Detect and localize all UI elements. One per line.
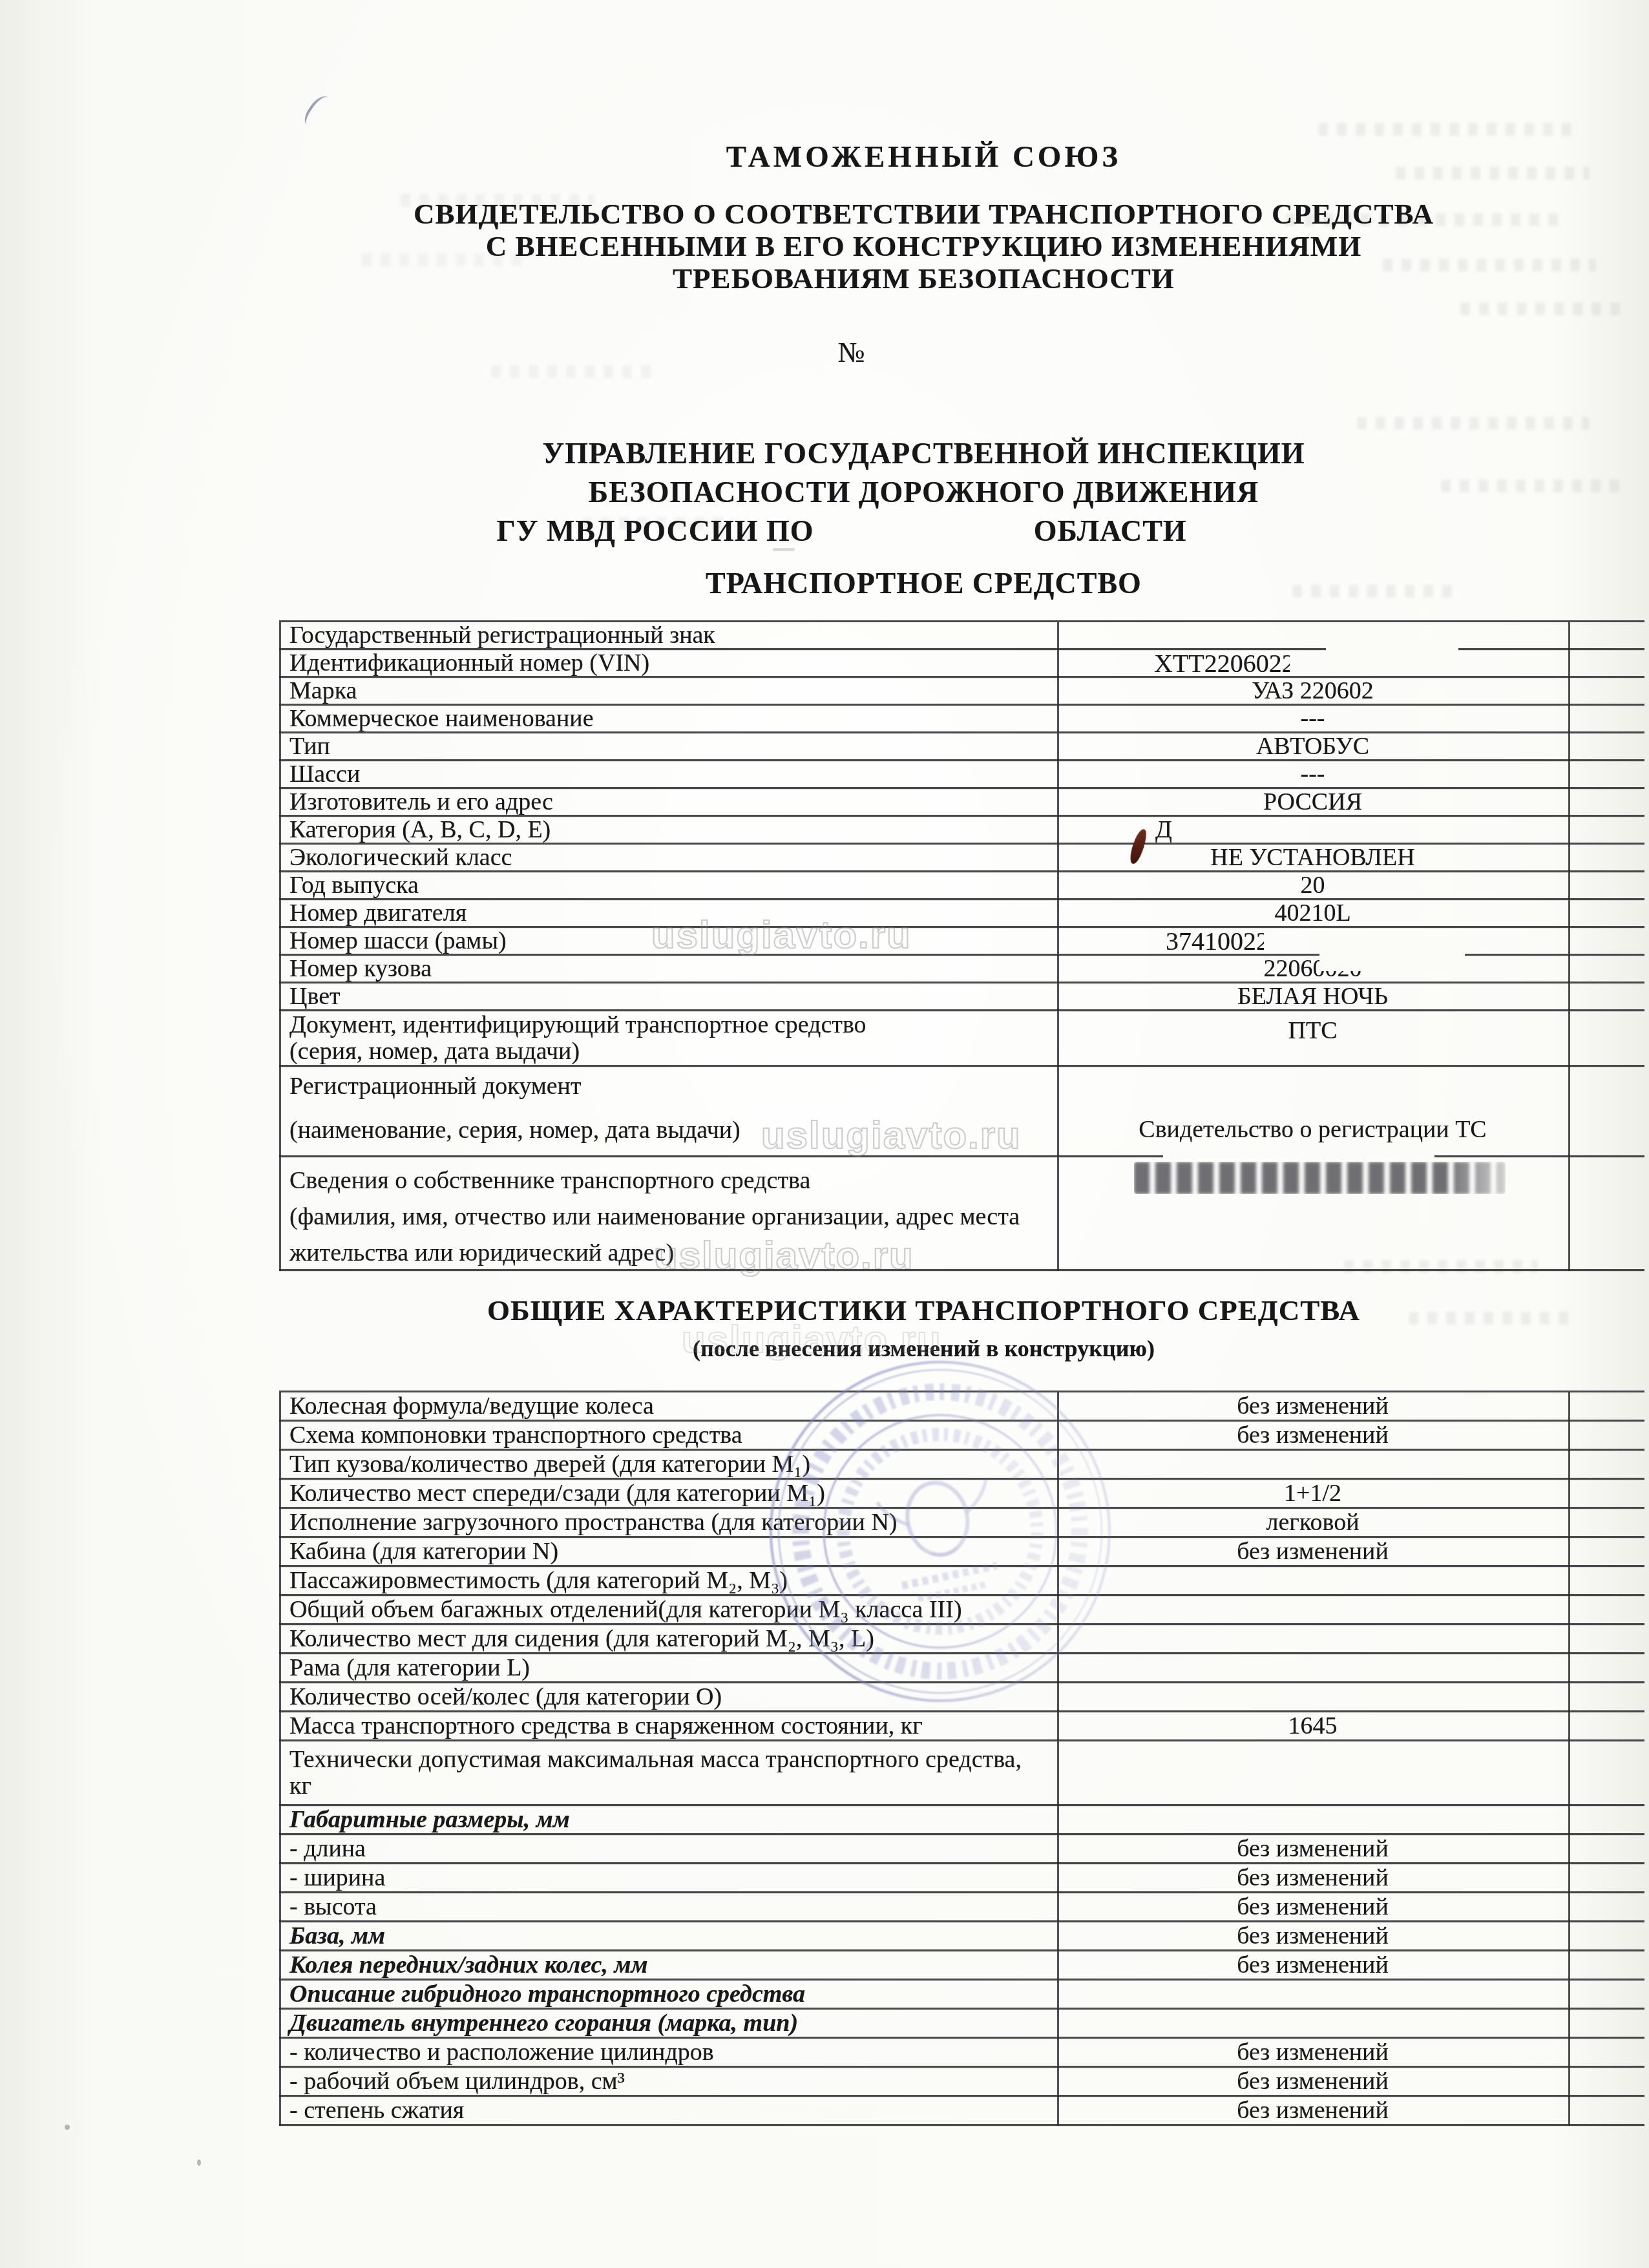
- row-label-line: - степень сжатия: [289, 2097, 1053, 2124]
- row-label-line: - рабочий объем цилиндров, см³: [289, 2068, 1053, 2095]
- row-value-cell: РОССИЯ: [1057, 789, 1568, 815]
- document-number-symbol: №: [207, 336, 1496, 369]
- certificate-title: СВИДЕТЕЛЬСТВО О СООТВЕТСТВИИ ТРАНСПОРТНО…: [279, 198, 1568, 295]
- row-label: Двигатель внутреннего сгорания (марка, т…: [279, 2010, 1057, 2037]
- bleed-through-artifact: [1318, 123, 1577, 136]
- row-value: без изменений: [1237, 1951, 1389, 1979]
- row-value-cell: без изменений: [1057, 1392, 1568, 1420]
- row-label: Год выпуска: [279, 872, 1057, 898]
- row-value: без изменений: [1237, 2096, 1389, 2125]
- row-label-line: Цвет: [289, 983, 1053, 1009]
- table-row: Категория (A, B, C, D, E) Д: [279, 817, 1644, 845]
- redaction-blur: [1134, 1162, 1506, 1194]
- row-label-line: Коммерческое наименование: [289, 706, 1053, 731]
- table-row: - ширина без изменений: [279, 1864, 1644, 1893]
- row-label: Изготовитель и его адрес: [279, 789, 1057, 815]
- row-label-line: Колея передних/задних колес, мм: [289, 1952, 1053, 1979]
- row-value: 1645: [1288, 1712, 1338, 1740]
- whiteout-patch: [1326, 642, 1458, 676]
- customs-union-header: ТАМОЖЕННЫЙ СОЮЗ: [279, 140, 1568, 174]
- table-row: Год выпуска 20: [279, 872, 1644, 900]
- row-value: УАЗ 220602: [1252, 677, 1374, 705]
- row-value-cell: без изменений: [1057, 1538, 1568, 1565]
- row-label: Технически допустимая максимальная масса…: [279, 1741, 1057, 1804]
- row-label-line: База, мм: [289, 1923, 1053, 1949]
- row-label: - длина: [279, 1835, 1057, 1862]
- row-label: Колея передних/задних колес, мм: [279, 1951, 1057, 1979]
- row-label-line: Габаритные размеры, мм: [289, 1807, 1053, 1833]
- row-value-cell: легковой: [1057, 1509, 1568, 1536]
- table-row: Технически допустимая максимальная масса…: [279, 1741, 1644, 1806]
- row-label: Коммерческое наименование: [279, 706, 1057, 731]
- stamp-text-line: [918, 1584, 988, 1599]
- row-label: Экологический класс: [279, 845, 1057, 870]
- row-value: без изменений: [1237, 2067, 1389, 2095]
- row-value: без изменений: [1237, 1537, 1389, 1566]
- row-label-line: - высота: [289, 1894, 1053, 1920]
- row-label-line: Идентификационный номер (VIN): [289, 650, 1053, 676]
- table-row: Колея передних/задних колес, мм без изме…: [279, 1951, 1644, 1980]
- row-label: Цвет: [279, 983, 1057, 1009]
- row-label: - ширина: [279, 1864, 1057, 1891]
- scan-speck: [65, 2125, 70, 2130]
- row-label: - высота: [279, 1893, 1057, 1920]
- row-value-cell: ХТТ2206022: [1057, 650, 1568, 676]
- row-label: Описание гибридного транспортного средст…: [279, 1980, 1057, 2008]
- row-value-cell: без изменений: [1057, 1864, 1568, 1891]
- row-label-line: Категория (A, B, C, D, E): [289, 817, 1053, 843]
- row-value: без изменений: [1237, 1421, 1389, 1449]
- row-value-cell: 37410022: [1057, 928, 1568, 954]
- row-label-line: - количество и расположение цилиндров: [289, 2039, 1053, 2066]
- row-label: Идентификационный номер (VIN): [279, 650, 1057, 676]
- row-value: без изменений: [1237, 1864, 1389, 1892]
- table-row: Двигатель внутреннего сгорания (марка, т…: [279, 2010, 1644, 2039]
- row-value-cell: 1645: [1057, 1712, 1568, 1739]
- certificate-title-line1: СВИДЕТЕЛЬСТВО О СООТВЕТСТВИИ ТРАНСПОРТНО…: [279, 198, 1568, 230]
- row-value-cell: без изменений: [1057, 1951, 1568, 1979]
- row-label: - рабочий объем цилиндров, см³: [279, 2068, 1057, 2095]
- table-row: Шасси ---: [279, 761, 1644, 789]
- row-value-cell: без изменений: [1057, 2068, 1568, 2095]
- row-value: АВТОБУС: [1256, 732, 1369, 761]
- section-title-vehicle: ТРАНСПОРТНОЕ СРЕДСТВО: [279, 566, 1568, 600]
- watermark: uslugiavto.ru: [682, 1317, 942, 1361]
- row-value: ---: [1301, 760, 1325, 788]
- row-label: Шасси: [279, 761, 1057, 787]
- row-value-cell: 22060020: [1057, 956, 1568, 982]
- table-row: Описание гибридного транспортного средст…: [279, 1980, 1644, 2010]
- row-label-line: Описание гибридного транспортного средст…: [289, 1981, 1053, 2008]
- row-label: - степень сжатия: [279, 2097, 1057, 2124]
- table-row: Экологический класс НЕ УСТАНОВЛЕН: [279, 845, 1644, 872]
- row-label-line: - ширина: [289, 1865, 1053, 1891]
- row-label-line: Технически допустимая максимальная масса…: [289, 1747, 1053, 1773]
- row-value-cell: [1057, 1806, 1568, 1833]
- authority-line3-suffix: ОБЛАСТИ: [1034, 512, 1187, 551]
- authority-line1: УПРАВЛЕНИЕ ГОСУДАРСТВЕННОЙ ИНСПЕКЦИИ: [279, 434, 1568, 473]
- row-label: Габаритные размеры, мм: [279, 1806, 1057, 1833]
- row-label-line: (серия, номер, дата выдачи): [289, 1038, 1053, 1065]
- row-label-line: Марка: [289, 678, 1053, 704]
- row-label-line: (фамилия, имя, отчество или наименование…: [289, 1199, 1053, 1235]
- row-value-cell: ---: [1057, 706, 1568, 731]
- row-label-line: Документ, идентифицирующий транспортное …: [289, 1012, 1053, 1038]
- row-label: Государственный регистрационный знак: [279, 622, 1057, 648]
- row-label-line: Государственный регистрационный знак: [289, 622, 1053, 648]
- row-value-cell: Д: [1057, 817, 1568, 843]
- authority-line3-prefix: ГУ МВД РОССИИ ПО: [496, 512, 814, 551]
- row-label: Масса транспортного средства в снаряженн…: [279, 1712, 1057, 1739]
- row-value: ---: [1301, 704, 1325, 733]
- table-row: Габаритные размеры, мм: [279, 1806, 1644, 1835]
- row-value: 3741002: [1166, 926, 1256, 956]
- table-row: Документ, идентифицирующий транспортное …: [279, 1011, 1644, 1067]
- ink-squiggle: [300, 92, 336, 132]
- row-value-cell: ПТС: [1057, 1011, 1568, 1065]
- scan-speck: [773, 548, 795, 551]
- row-label: Категория (A, B, C, D, E): [279, 817, 1057, 843]
- row-value-cell: [1057, 1980, 1568, 2008]
- row-value-cell: без изменений: [1057, 2097, 1568, 2124]
- row-value-cell: без изменений: [1057, 1922, 1568, 1949]
- watermark: uslugiavto.ru: [654, 1233, 914, 1277]
- row-value-cell: без изменений: [1057, 1835, 1568, 1862]
- watermark: uslugiavto.ru: [761, 1113, 1022, 1157]
- row-label-line: Экологический класс: [289, 845, 1053, 870]
- row-label: Тип: [279, 733, 1057, 759]
- whiteout-patch: [1163, 1150, 1434, 1159]
- stamp-svg: [733, 1325, 1147, 1738]
- bleed-through-artifact: [1357, 417, 1590, 430]
- row-label-line: - длина: [289, 1836, 1053, 1862]
- row-value-cell: [1057, 1683, 1568, 1710]
- row-value: без изменений: [1237, 1893, 1389, 1921]
- row-value: БЕЛАЯ НОЧЬ: [1237, 982, 1388, 1011]
- row-value: без изменений: [1237, 2038, 1389, 2066]
- scanned-document-page: ТАМОЖЕННЫЙ СОЮЗ СВИДЕТЕЛЬСТВО О СООТВЕТС…: [0, 0, 1649, 2268]
- table-row: - степень сжатия без изменений: [279, 2097, 1644, 2126]
- row-value: 20: [1301, 871, 1325, 899]
- row-value: 40210L: [1274, 899, 1350, 927]
- row-value: без изменений: [1237, 1834, 1389, 1863]
- issuing-authority: УПРАВЛЕНИЕ ГОСУДАРСТВЕННОЙ ИНСПЕКЦИИ БЕЗ…: [279, 434, 1568, 551]
- row-value: НЕ УСТАНОВЛЕН: [1210, 843, 1414, 872]
- row-value-cell: без изменений: [1057, 2039, 1568, 2066]
- table-row: Цвет БЕЛАЯ НОЧЬ: [279, 983, 1644, 1011]
- stamp-inner-text-ring: [825, 1416, 1055, 1646]
- whiteout-patch: [1319, 936, 1465, 971]
- row-value: легковой: [1266, 1508, 1360, 1537]
- row-value-clipped: 2: [1282, 648, 1290, 678]
- row-value-clipped: 2: [1256, 926, 1264, 956]
- row-value-cell: 1+1/2: [1057, 1480, 1568, 1507]
- row-label-line: Изготовитель и его адрес: [289, 789, 1053, 815]
- row-value-cell: без изменений: [1057, 1893, 1568, 1920]
- table-row: Масса транспортного средства в снаряженн…: [279, 1712, 1644, 1741]
- row-value-cell: [1057, 2010, 1568, 2037]
- row-value-cell: БЕЛАЯ НОЧЬ: [1057, 983, 1568, 1009]
- row-value: 1+1/2: [1284, 1479, 1341, 1507]
- bleed-through-artifact: [1460, 302, 1628, 315]
- table-row: - высота без изменений: [279, 1893, 1644, 1922]
- row-value: Д: [1155, 815, 1172, 844]
- row-value-cell: ---: [1057, 761, 1568, 787]
- row-value: ХТТ220602: [1154, 648, 1282, 678]
- row-label-line: Номер кузова: [289, 956, 1053, 982]
- row-value: ПТС: [1288, 1016, 1338, 1045]
- stamp-emblem: [901, 1477, 974, 1560]
- row-label-line: Регистрационный документ: [289, 1073, 1053, 1100]
- watermark: uslugiavto.ru: [651, 912, 912, 957]
- row-value-cell: [1057, 1567, 1568, 1594]
- official-stamp: [733, 1325, 1147, 1738]
- table-row: - длина без изменений: [279, 1835, 1644, 1864]
- row-value: без изменений: [1237, 1392, 1389, 1420]
- table-row: - количество и расположение цилиндров бе…: [279, 2039, 1644, 2068]
- row-value-cell: АВТОБУС: [1057, 733, 1568, 759]
- row-value-cell: Свидетельство о регистрации ТС: [1057, 1067, 1568, 1155]
- row-label-line: Сведения о собственнике транспортного ср…: [289, 1162, 1053, 1199]
- row-value-cell: [1057, 622, 1568, 648]
- region-blank-gap: [814, 512, 1034, 551]
- row-value-cell: 20: [1057, 872, 1568, 898]
- row-label-line: Шасси: [289, 761, 1053, 787]
- table-row: База, мм без изменений: [279, 1922, 1644, 1951]
- row-value-cell: [1057, 1741, 1568, 1804]
- row-value-cell: [1057, 1451, 1568, 1478]
- row-value-cell: без изменений: [1057, 1422, 1568, 1449]
- table-row: Коммерческое наименование ---: [279, 706, 1644, 733]
- row-label: Марка: [279, 678, 1057, 704]
- row-label-line: Год выпуска: [289, 872, 1053, 898]
- table-row: Номер двигателя 40210L: [279, 900, 1644, 928]
- table-row: Марка УАЗ 220602: [279, 678, 1644, 706]
- row-label-line: Двигатель внутреннего сгорания (марка, т…: [289, 2010, 1053, 2037]
- row-label-line: кг: [289, 1773, 1053, 1800]
- row-label: Номер кузова: [279, 956, 1057, 982]
- authority-line2: БЕЗОПАСНОСТИ ДОРОЖНОГО ДВИЖЕНИЯ: [279, 473, 1568, 512]
- row-value: без изменений: [1237, 1922, 1389, 1950]
- row-value-cell: УАЗ 220602: [1057, 678, 1568, 704]
- row-label: Документ, идентифицирующий транспортное …: [279, 1011, 1057, 1065]
- scan-speck: [197, 2159, 201, 2166]
- table-row: Тип АВТОБУС: [279, 733, 1644, 761]
- certificate-title-line2: С ВНЕСЕННЫМИ В ЕГО КОНСТРУКЦИЮ ИЗМЕНЕНИЯ…: [279, 230, 1568, 262]
- row-value-cell: 40210L: [1057, 900, 1568, 926]
- row-label: - количество и расположение цилиндров: [279, 2039, 1057, 2066]
- certificate-title-line3: ТРЕБОВАНИЯМ БЕЗОПАСНОСТИ: [279, 262, 1568, 295]
- row-value: РОССИЯ: [1263, 788, 1362, 816]
- row-label-line: Тип: [289, 733, 1053, 759]
- table-row: Изготовитель и его адрес РОССИЯ: [279, 789, 1644, 817]
- table-row: - рабочий объем цилиндров, см³ без измен…: [279, 2068, 1644, 2097]
- row-label: База, мм: [279, 1922, 1057, 1949]
- row-label-line: Масса транспортного средства в снаряженн…: [289, 1713, 1053, 1739]
- authority-line3: ГУ МВД РОССИИ ПО ОБЛАСТИ: [197, 512, 1486, 551]
- row-value: Свидетельство о регистрации ТС: [1139, 1115, 1486, 1144]
